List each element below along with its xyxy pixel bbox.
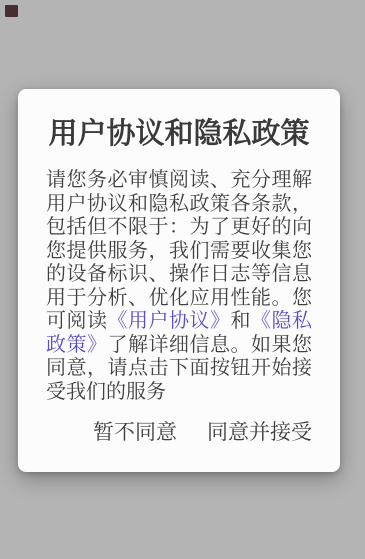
dimmed-screen-overlay: 用户协议和隐私政策 请您务必审慎阅读、充分理解用户协议和隐私政策各条款，包括但不… — [0, 0, 365, 559]
screen-corner-marker-icon — [5, 5, 18, 17]
user-agreement-link[interactable]: 《用户协议》 — [108, 310, 231, 332]
dialog-title: 用户协议和隐私政策 — [46, 115, 312, 153]
body-text-segment-2: 和 — [231, 310, 252, 332]
disagree-button[interactable]: 暂不同意 — [93, 422, 177, 444]
privacy-policy-dialog: 用户协议和隐私政策 请您务必审慎阅读、充分理解用户协议和隐私政策各条款，包括但不… — [18, 89, 340, 472]
body-text-segment-1: 请您务必审慎阅读、充分理解用户协议和隐私政策各条款，包括但不限于：为了更好的向您… — [46, 169, 312, 332]
dialog-button-row: 暂不同意 同意并接受 — [46, 422, 312, 444]
dialog-body-text: 请您务必审慎阅读、充分理解用户协议和隐私政策各条款，包括但不限于：为了更好的向您… — [46, 169, 312, 404]
agree-button[interactable]: 同意并接受 — [207, 422, 312, 444]
